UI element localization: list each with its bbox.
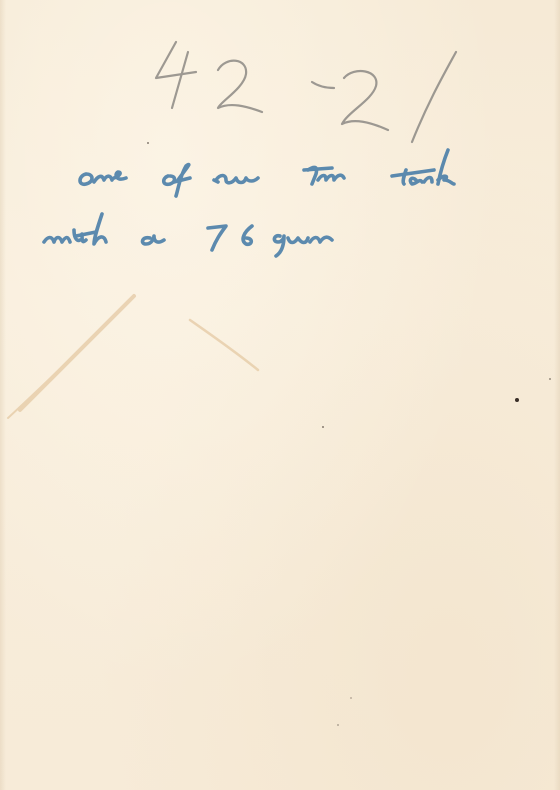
speck [549,378,551,380]
photo-back: 42-21 One of our new tank with a 76 gun [0,0,560,790]
catalog-number: 42-21 [148,30,468,150]
handwritten-note: One of our new tank with a 76 gun [40,140,500,260]
speck [515,398,519,402]
catalog-number-strokes [148,30,468,150]
speck [350,697,352,699]
note-strokes [40,140,500,260]
paper-edge-right [554,0,560,790]
speck [322,426,324,428]
stain-mark [0,290,280,460]
speck [147,142,149,144]
speck [337,724,339,726]
